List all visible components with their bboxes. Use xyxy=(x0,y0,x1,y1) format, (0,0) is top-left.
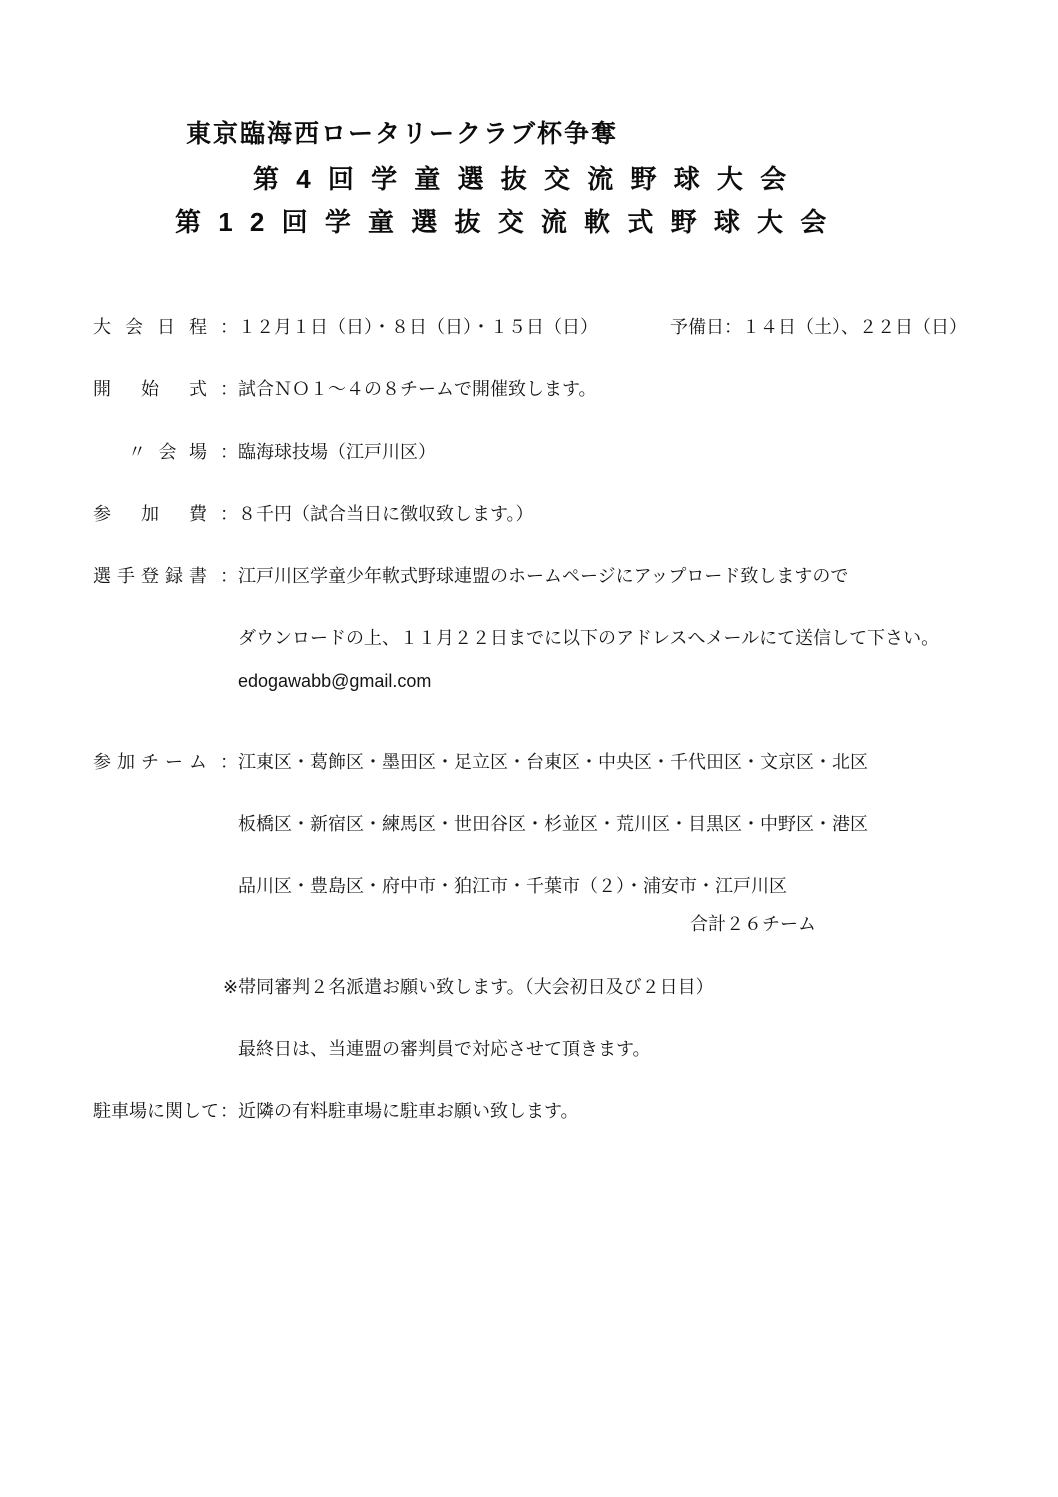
player-registration-instruction: ダウンロードの上、１１月２２日までに以下のアドレスへメールにて送信して下さい。 xyxy=(238,624,939,650)
opening-ceremony-colon: ： xyxy=(220,375,238,401)
entry-fee-row: 参加費 ： ８千円（試合当日に徴収致します。） xyxy=(0,500,1058,526)
venue-row: 〃会場 ： 臨海球技場（江戸川区） xyxy=(0,438,1058,464)
parking-text: 近隣の有料駐車場に駐車お願い致します。 xyxy=(238,1097,579,1123)
umpire-final-day-note: 最終日は、当連盟の審判員で対応させて頂きます。 xyxy=(238,1035,651,1061)
opening-ceremony-text: 試合ＮＯ１～４の８チームで開催致します。 xyxy=(238,375,597,401)
schedule-dates: １２月１日（日）・８日（日）・１５日（日） xyxy=(238,313,598,339)
entry-fee-colon: ： xyxy=(220,500,238,526)
umpire-dispatch-note: ※帯同審判２名派遣お願い致します。（大会初日及び２日目） xyxy=(223,973,714,999)
document-title-tournament-12th: 第 1 2 回 学 童 選 抜 交 流 軟 式 野 球 大 会 xyxy=(175,202,831,239)
player-registration-label: 選手登録書 xyxy=(93,562,207,588)
document-page: 東京臨海西ロータリークラブ杯争奪 第 4 回 学 童 選 抜 交 流 野 球 大… xyxy=(0,0,1058,1497)
teams-list-line-3: 品川区・豊島区・府中市・狛江市・千葉市（２）・浦安市・江戸川区 xyxy=(238,872,787,898)
registration-email-address: edogawabb@gmail.com xyxy=(238,671,431,692)
player-registration-row: 選手登録書 ： 江戸川区学童少年軟式野球連盟のホームページにアップロード致します… xyxy=(0,562,1058,588)
teams-total-count: 合計２６チーム xyxy=(690,910,816,936)
schedule-reserve-dates: 予備日：１４日（土）、２２日（日） xyxy=(670,313,967,339)
venue-text: 臨海球技場（江戸川区） xyxy=(238,438,436,464)
parking-colon: ： xyxy=(220,1097,238,1123)
schedule-colon: ： xyxy=(220,313,238,339)
opening-ceremony-row: 開始式 ： 試合ＮＯ１～４の８チームで開催致します。 xyxy=(0,375,1058,401)
participating-teams-row: 参加チーム ： 江東区・葛飾区・墨田区・足立区・台東区・中央区・千代田区・文京区… xyxy=(0,748,1058,774)
schedule-row: 大会日程 ： １２月１日（日）・８日（日）・１５日（日） 予備日：１４日（土）、… xyxy=(0,313,1058,339)
player-registration-colon: ： xyxy=(220,562,238,588)
player-registration-text: 江戸川区学童少年軟式野球連盟のホームページにアップロード致しますので xyxy=(238,562,848,588)
document-title-cup: 東京臨海西ロータリークラブ杯争奪 xyxy=(186,114,618,150)
participating-teams-label: 参加チーム xyxy=(93,748,207,774)
schedule-label: 大会日程 xyxy=(93,313,207,339)
teams-list-line-1: 江東区・葛飾区・墨田区・足立区・台東区・中央区・千代田区・文京区・北区 xyxy=(238,748,868,774)
parking-row: 駐車場に関して ： 近隣の有料駐車場に駐車お願い致します。 xyxy=(0,1097,1058,1123)
opening-ceremony-label: 開始式 xyxy=(93,375,207,401)
parking-label: 駐車場に関して xyxy=(93,1097,219,1123)
teams-list-line-2: 板橋区・新宿区・練馬区・世田谷区・杉並区・荒川区・目黒区・中野区・港区 xyxy=(238,810,868,836)
document-title-tournament-4th: 第 4 回 学 童 選 抜 交 流 野 球 大 会 xyxy=(253,159,791,196)
venue-colon: ： xyxy=(220,438,238,464)
entry-fee-label: 参加費 xyxy=(93,500,207,526)
venue-label: 〃会場 xyxy=(128,438,207,464)
participating-teams-colon: ： xyxy=(220,748,238,774)
entry-fee-text: ８千円（試合当日に徴収致します。） xyxy=(238,500,534,526)
